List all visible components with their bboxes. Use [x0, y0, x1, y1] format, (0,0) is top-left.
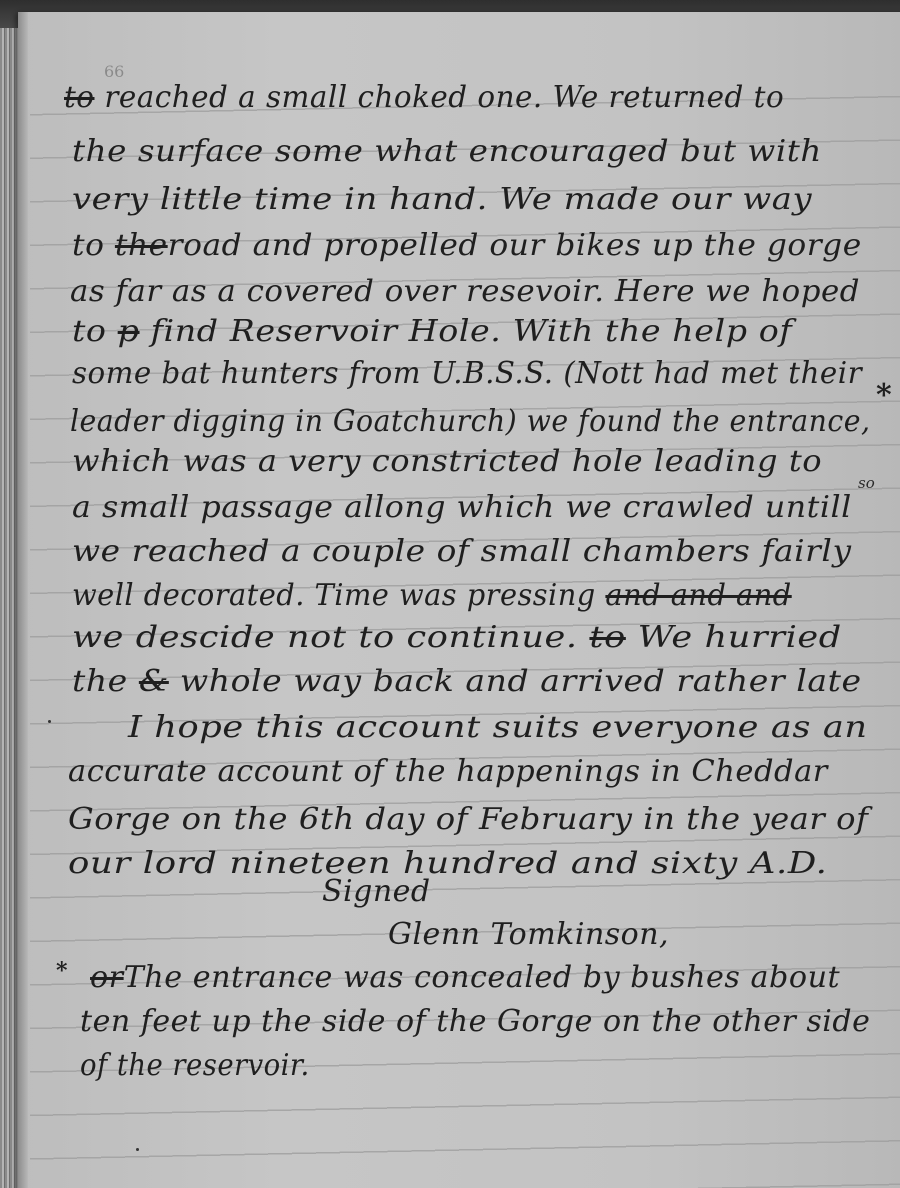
handwritten-line: very little time in hand. We made our wa…	[72, 182, 812, 217]
handwritten-line: some bat hunters from U.B.S.S. (Nott had…	[72, 356, 862, 391]
struck-text: &	[139, 664, 169, 699]
handwritten-line: our lord nineteen hundred and sixty A.D.	[68, 846, 827, 881]
struck-text: and and and	[605, 578, 791, 613]
handwritten-line: to theroad and propelled our bikes up th…	[72, 228, 862, 263]
entrance-asterisk: *	[876, 378, 892, 413]
struck-text: to	[64, 80, 94, 115]
handwritten-line: a small passage allong which we crawled …	[72, 490, 852, 525]
insertion-mark: so	[858, 474, 875, 492]
handwritten-line: the surface some what encouraged but wit…	[72, 134, 822, 169]
footnote-marker: *	[56, 958, 68, 984]
struck-text: p	[118, 314, 140, 349]
signature: Glenn Tomkinson,	[388, 917, 669, 952]
struck-text: or	[90, 960, 124, 995]
notebook-page: 66 to reached a small choked one. We ret…	[18, 12, 900, 1188]
handwritten-line: to p find Reservoir Hole. With the help …	[72, 314, 792, 349]
footnote-line: ten feet up the side of the Gorge on the…	[80, 1004, 870, 1039]
handwritten-line: we descide not to continue. to We hurrie…	[72, 620, 842, 655]
handwritten-line: as far as a covered over resevoir. Here …	[70, 274, 860, 309]
handwritten-line: we reached a couple of small chambers fa…	[72, 534, 852, 569]
ink-dot	[48, 720, 51, 723]
signed-label: Signed	[322, 874, 431, 909]
handwritten-line: well decorated. Time was pressing and an…	[72, 578, 792, 613]
handwritten-line: Gorge on the 6th day of February in the …	[68, 802, 869, 837]
handwritten-line: to reached a small choked one. We return…	[64, 80, 784, 115]
footnote-line: of the reservoir.	[80, 1048, 310, 1083]
handwritten-line: leader digging in Goatchurch) we found t…	[70, 404, 870, 439]
handwritten-line: which was a very constricted hole leadin…	[72, 444, 822, 479]
struck-text: to	[589, 620, 625, 655]
handwritten-line: accurate account of the happenings in Ch…	[68, 754, 828, 789]
struck-text: the	[115, 228, 168, 263]
handwritten-line: the & whole way back and arrived rather …	[72, 664, 862, 699]
ink-dot	[136, 1148, 139, 1151]
footnote-line: orThe entrance was concealed by bushes a…	[90, 960, 840, 995]
page-number: 66	[104, 62, 124, 81]
handwritten-line: I hope this account suits everyone as an	[128, 710, 868, 745]
